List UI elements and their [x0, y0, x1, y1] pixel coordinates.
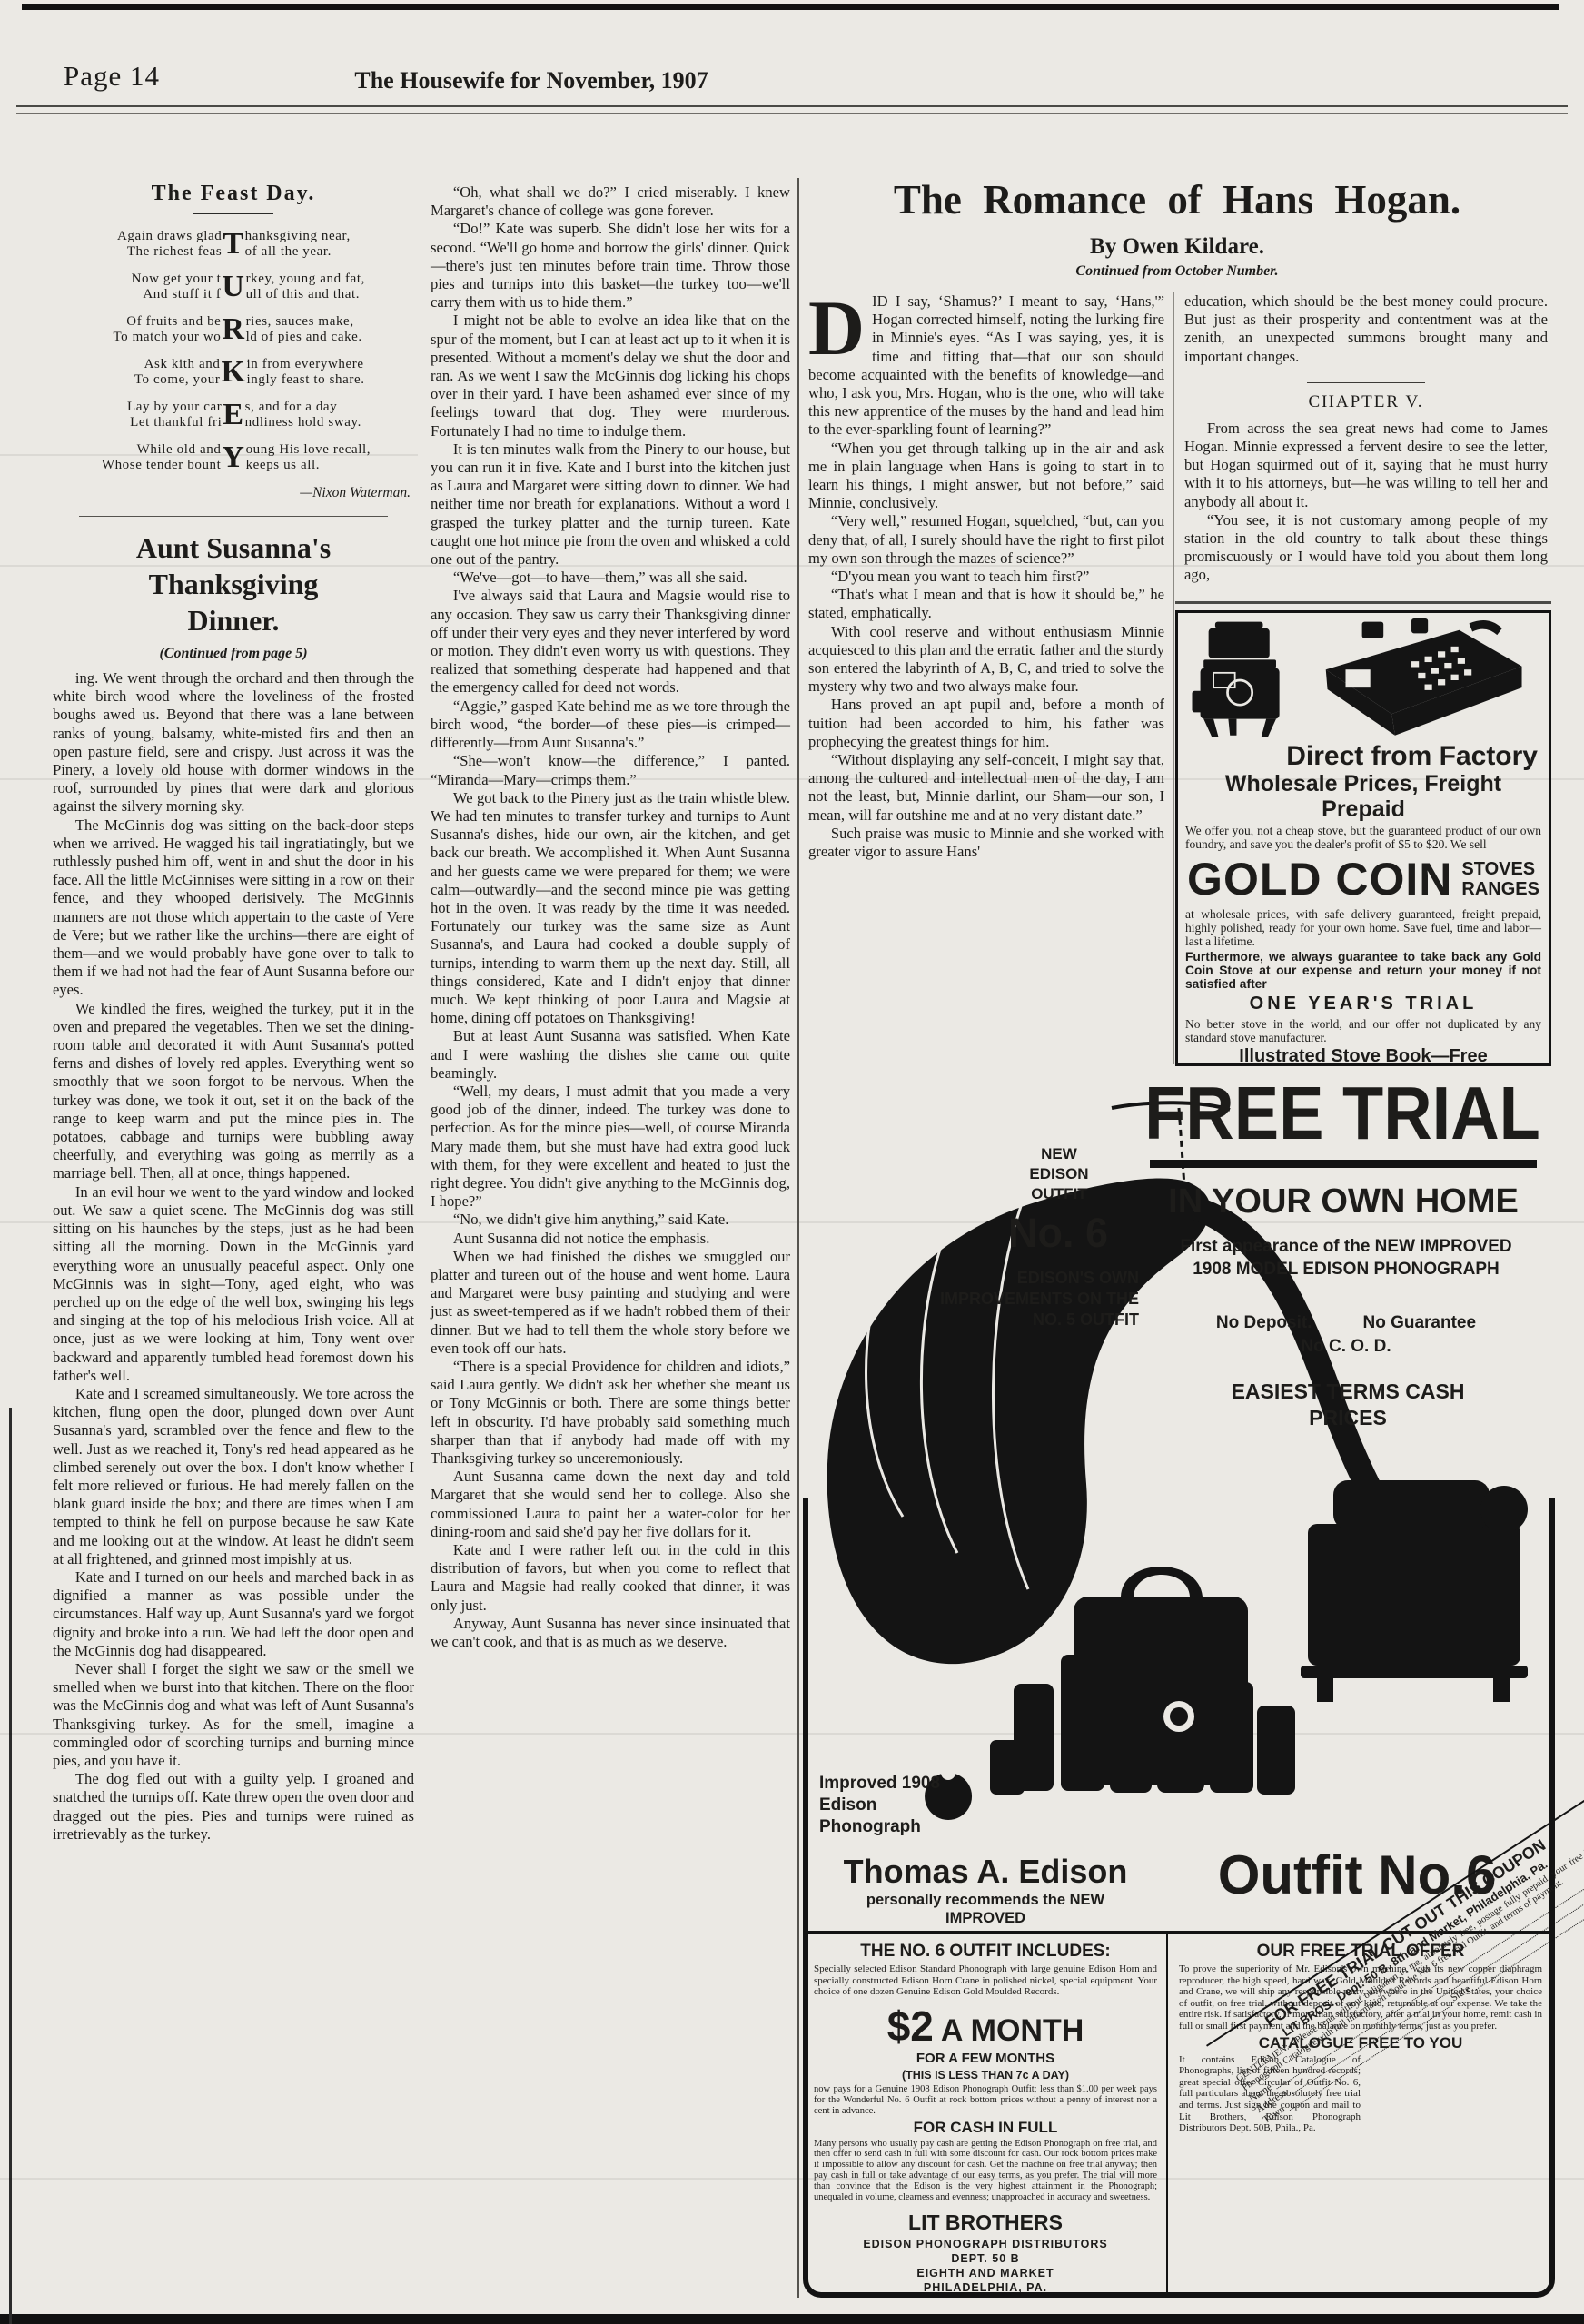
- includes-body: Specially selected Edison Standard Phono…: [814, 1963, 1157, 1998]
- paragraph: In an evil hour we went to the yard wind…: [53, 1183, 414, 1385]
- paragraph: Kate and I were rather left out in the c…: [431, 1541, 790, 1615]
- thomas-edison-block: Thomas A. Edison personally recommends t…: [807, 1853, 1164, 1927]
- paragraph: “Do!” Kate was superb. She didn't lose h…: [431, 220, 790, 312]
- paragraph: education, which should be the best mone…: [1184, 292, 1548, 366]
- story-text-col4: From across the sea great news had come …: [1184, 420, 1548, 585]
- paragraph: “She—won't know—the difference,” I pante…: [431, 752, 790, 788]
- price-month: A MONTH: [941, 2013, 1084, 2049]
- gold-coin-subheadline: Wholesale Prices, Freight Prepaid: [1185, 771, 1541, 822]
- gold-coin-body2: Furthermore, we always guarantee to take…: [1185, 950, 1541, 991]
- price-body: now pays for a Genuine 1908 Edison Phono…: [814, 2084, 1157, 2117]
- paragraph: “D'you mean you want to teach him first?…: [808, 568, 1164, 586]
- price-sub: FOR A FEW MONTHS: [814, 2051, 1157, 2066]
- free-trial-headline: FREE TRIAL: [1135, 1070, 1549, 1156]
- drop-cap: D: [808, 292, 872, 360]
- title-rule: [193, 213, 273, 214]
- paragraph: Aunt Susanna came down the next day and …: [431, 1468, 790, 1541]
- poem-attribution: —Nixon Waterman.: [53, 485, 414, 501]
- paragraph: Anyway, Aunt Susanna has never since ins…: [431, 1615, 790, 1651]
- easiest-terms: EASIEST TERMS CASH PRICES: [1193, 1379, 1502, 1431]
- story-text-col2: “Oh, what shall we do?” I cried miserabl…: [431, 183, 790, 1651]
- cash-title: FOR CASH IN FULL: [814, 2119, 1157, 2137]
- free-trial-rule: [1150, 1160, 1537, 1168]
- paragraph: With cool reserve and without enthusiasm…: [808, 623, 1164, 697]
- header-rule-2: [16, 113, 1568, 114]
- gold-coin-brand: GOLD COIN: [1187, 853, 1452, 905]
- pennant-improvements: EDISON'S OWN IMPROVEMENTS ON THE NO. 5 O…: [916, 1268, 1139, 1330]
- paragraph: Hans proved an apt pupil and, before a m…: [808, 696, 1164, 751]
- gold-coin-body3: No better stove in the world, and our of…: [1185, 1017, 1541, 1044]
- price-row: $2 A MONTH: [814, 2002, 1157, 2051]
- paragraph: “We've—got—to have—them,” was all she sa…: [431, 569, 790, 587]
- lit-line4: PHILADELPHIA, PA.: [814, 2280, 1157, 2295]
- column-rule-1: [421, 186, 421, 2234]
- outfit-number: No. 6: [981, 1210, 1135, 1257]
- scan-edge-top: [22, 4, 1559, 10]
- includes-title: THE NO. 6 OUTFIT INCLUDES:: [814, 1942, 1157, 1962]
- column-2: “Oh, what shall we do?” I cried miserabl…: [431, 183, 790, 1651]
- paragraph: When we had finished the dishes we smugg…: [431, 1248, 790, 1358]
- paragraph: I've always said that Laura and Magsie w…: [431, 587, 790, 697]
- gold-coin-headline: Direct from Factory: [1185, 742, 1538, 771]
- stove-book-offer: Illustrated Stove Book—Free: [1185, 1046, 1541, 1066]
- cash-body: Many persons who usually pay cash are ge…: [814, 2139, 1157, 2203]
- paragraph: “Very well,” resumed Hogan, squelched, “…: [808, 512, 1164, 568]
- journal-title: The Housewife for November, 1907: [318, 67, 745, 94]
- no-cod: No C. O. D.: [1164, 1337, 1528, 1357]
- no-deposit: No Deposit.: [1216, 1313, 1312, 1333]
- magazine-page: Page 14 The Housewife for November, 1907…: [0, 0, 1584, 2324]
- no-deposit-row: No Deposit. No Guarantee: [1164, 1313, 1528, 1333]
- paragraph: But at least Aunt Susanna was satisfied.…: [431, 1027, 790, 1083]
- poem-couplet: Ask kith andTo come, yourKin from everyw…: [53, 357, 414, 388]
- edison-name: Thomas A. Edison: [807, 1853, 1164, 1891]
- gold-coin-products: STOVES RANGES: [1461, 859, 1539, 899]
- scan-edge-left: [9, 1408, 12, 2324]
- paragraph-dropcap: DID I say, ‘Shamus?’ I meant to say, ‘Ha…: [808, 292, 1164, 440]
- paragraph: “You see, it is not customary among peop…: [1184, 511, 1548, 585]
- paragraph: We got back to the Pinery just as the tr…: [431, 789, 790, 1028]
- ad-top-rule: [1175, 601, 1551, 604]
- poem-couplet: Again draws gladThe richest feasThanksgi…: [53, 229, 414, 260]
- paragraph: The McGinnis dog was sitting on the back…: [53, 816, 414, 1000]
- aunt-title-line2: Dinner.: [187, 604, 279, 637]
- paragraph: “Without displaying any self-conceit, I …: [808, 751, 1164, 825]
- column-3: DID I say, ‘Shamus?’ I meant to say, ‘Ha…: [808, 292, 1164, 861]
- recommends-line1: personally recommends the NEW: [807, 1891, 1164, 1909]
- feast-day-poem: Again draws gladThe richest feasThanksgi…: [53, 229, 414, 473]
- price-dollar: $2: [887, 2002, 934, 2051]
- paragraph: Aunt Susanna did not notice the emphasis…: [431, 1230, 790, 1248]
- page-number: Page 14: [64, 60, 160, 93]
- story-text-col1: ing. We went through the orchard and the…: [53, 669, 414, 1844]
- first-appearance-lines: First appearance of the NEW IMPROVED 190…: [1164, 1235, 1528, 1281]
- poem-couplet: Lay by your carLet thankful friEs, and f…: [53, 400, 414, 430]
- poem-couplet: Of fruits and beTo match your woRries, s…: [53, 314, 414, 345]
- one-years-trial: ONE YEAR'S TRIAL: [1185, 994, 1541, 1014]
- paragraph: “There is a special Providence for child…: [431, 1358, 790, 1468]
- lit-line1: EDISON PHONOGRAPH DISTRIBUTORS: [814, 2237, 1157, 2251]
- paragraph: Kate and I screamed simultaneously. We t…: [53, 1385, 414, 1568]
- paragraph: Such praise was music to Minnie and she …: [808, 825, 1164, 861]
- edison-phonograph-ad: NEW EDISON OUTFIT No. 6 EDISON'S OWN IMP…: [803, 1072, 1555, 2307]
- parlor-stove-illustration: [1185, 618, 1296, 742]
- gold-coin-ad: Direct from Factory Wholesale Prices, Fr…: [1175, 610, 1551, 1066]
- hans-hogan-header: The Romance of Hans Hogan. By Owen Kilda…: [805, 176, 1549, 280]
- aunt-susanna-title: Aunt Susanna's Thanksgiving Dinner.: [53, 529, 414, 638]
- hans-hogan-byline: By Owen Kildare.: [805, 234, 1549, 260]
- stoves-label: STOVES: [1461, 859, 1535, 879]
- paragraph: “No, we didn't give him anything,” said …: [431, 1211, 790, 1229]
- continued-note: (Continued from page 5): [53, 646, 414, 662]
- chapter-heading: CHAPTER V.: [1184, 392, 1548, 412]
- lit-brothers-name: LIT BROTHERS: [814, 2210, 1157, 2235]
- chapter-rule: [1307, 382, 1425, 383]
- recommends-line2: IMPROVED: [807, 1909, 1164, 1927]
- paragraph: The dog fled out with a guilty yelp. I g…: [53, 1770, 414, 1844]
- stove-illustrations: [1185, 617, 1541, 742]
- ad-column-divider: [1166, 1934, 1168, 2298]
- no-guarantee: No Guarantee: [1362, 1313, 1476, 1333]
- pennant-label: NEW EDISON OUTFIT: [1014, 1144, 1104, 1204]
- paragraph: “That's what I mean and that is how it s…: [808, 586, 1164, 622]
- column-1: The Feast Day. Again draws gladThe riche…: [53, 182, 414, 1844]
- paragraph: ing. We went through the orchard and the…: [53, 669, 414, 816]
- column-rule-2: [797, 178, 799, 2298]
- ad-left-column: THE NO. 6 OUTFIT INCLUDES: Specially sel…: [814, 1940, 1157, 2295]
- lit-line2: DEPT. 50 B: [814, 2251, 1157, 2266]
- paragraph: I might not be able to evolve an idea li…: [431, 312, 790, 440]
- paragraph: We kindled the fires, weighed the turkey…: [53, 1000, 414, 1183]
- poem-couplet: Now get your tAnd stuff it fUrkey, young…: [53, 272, 414, 302]
- phonograph-caption: Improved 1908 Edison Phonograph: [819, 1773, 983, 1838]
- paragraph: Never shall I forget the sight we saw or…: [53, 1660, 414, 1770]
- hans-hogan-continued: Continued from October Number.: [805, 263, 1549, 280]
- gold-coin-body1: at wholesale prices, with safe delivery …: [1185, 907, 1541, 948]
- paragraph: “Aggie,” gasped Kate behind me as we tor…: [431, 697, 790, 753]
- header-rule: [16, 105, 1568, 107]
- poem-couplet: While old andWhose tender bountYoung His…: [53, 442, 414, 473]
- ranges-label: RANGES: [1461, 879, 1539, 899]
- price-note: (THIS IS LESS THAN 7c A DAY): [814, 2069, 1157, 2082]
- gold-coin-intro: We offer you, not a cheap stove, but the…: [1185, 824, 1541, 851]
- paragraph: Kate and I turned on our heels and march…: [53, 1568, 414, 1660]
- scan-edge-bottom: [0, 2314, 1584, 2324]
- paragraph: “Well, my dears, I must admit that you m…: [431, 1083, 790, 1211]
- paragraph: “When you get through talking up in the …: [808, 440, 1164, 513]
- hotel-range-illustration: [1302, 618, 1539, 742]
- paragraph: It is ten minutes walk from the Pinery t…: [431, 440, 790, 569]
- in-your-own-home: IN YOUR OWN HOME: [1146, 1182, 1540, 1221]
- paragraph: From across the sea great news had come …: [1184, 420, 1548, 511]
- story-text-col3: “When you get through talking up in the …: [808, 440, 1164, 862]
- lit-line3: EIGHTH AND MARKET: [814, 2266, 1157, 2280]
- column-4: education, which should be the best mone…: [1184, 292, 1548, 585]
- column-rule-3: [1173, 292, 1174, 1064]
- feast-day-title: The Feast Day.: [53, 182, 414, 206]
- aunt-title-line1: Aunt Susanna's Thanksgiving: [136, 531, 331, 600]
- section-rule: [79, 516, 388, 517]
- gold-coin-brand-row: GOLD COIN STOVES RANGES: [1185, 853, 1541, 905]
- paragraph: “Oh, what shall we do?” I cried miserabl…: [431, 183, 790, 220]
- hans-hogan-title: The Romance of Hans Hogan.: [805, 176, 1549, 223]
